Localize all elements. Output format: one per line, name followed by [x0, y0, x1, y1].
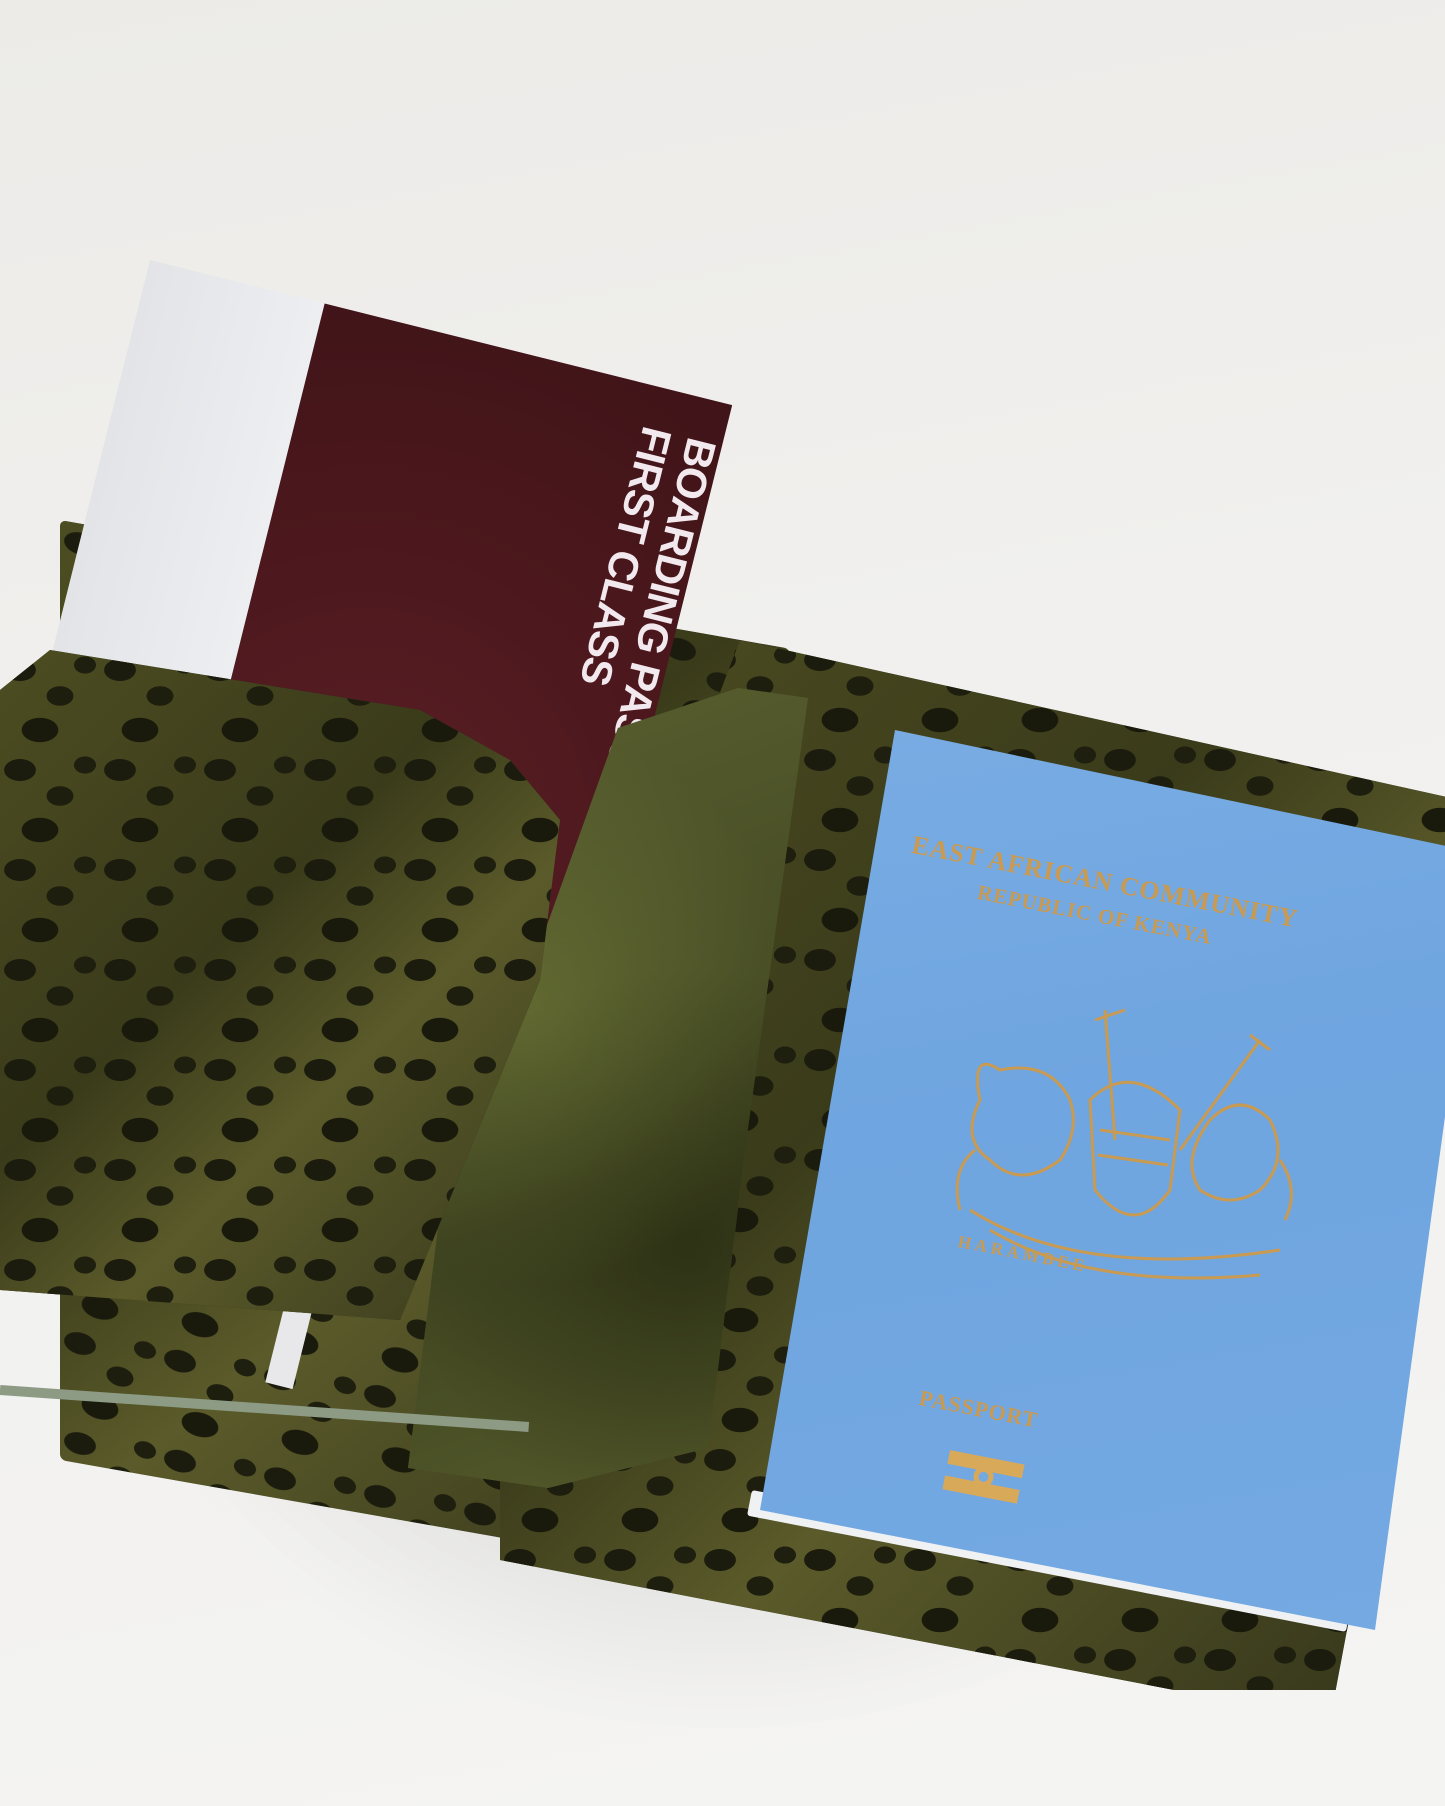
product-photo: C3 BOARDING PASS FIRST CLASS EAST AFRICA… — [0, 0, 1445, 1806]
coat-of-arms-icon — [880, 990, 1310, 1320]
